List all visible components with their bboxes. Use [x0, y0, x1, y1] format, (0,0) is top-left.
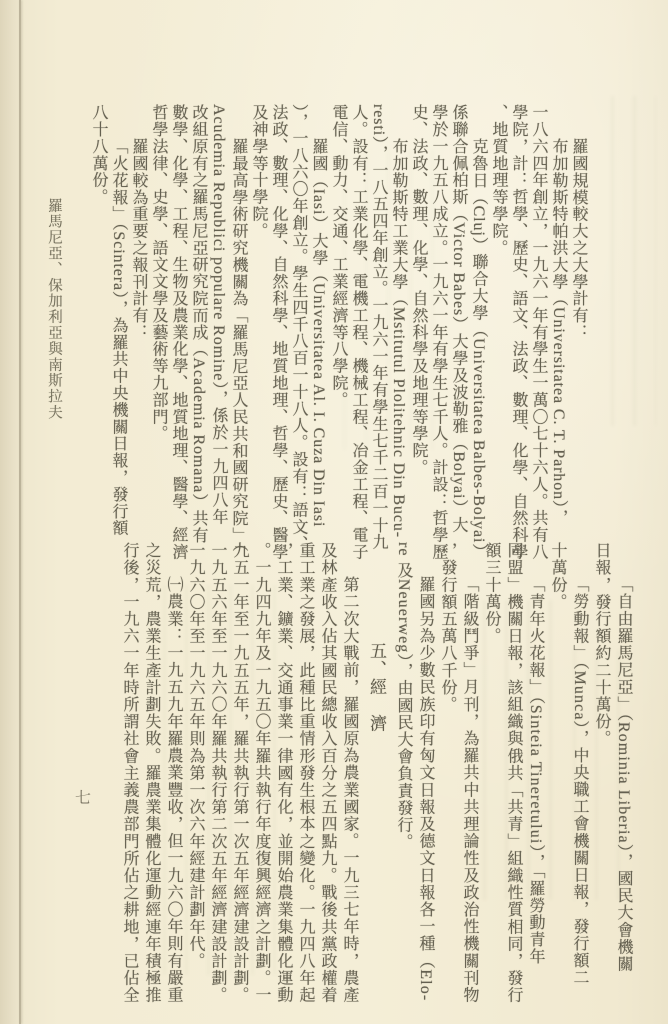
text-column: 羅國規模較大之大學計有：: [568, 104, 588, 556]
bleed-through-smudge: [598, 96, 656, 426]
text-column: 額三十萬份。: [480, 542, 502, 1012]
text-column: 羅國另為少數民族印有匈文日報及德文日報各一種（Elo-: [414, 542, 436, 1012]
text-column: 及林產收入佔其國民總收入百分之五四點九。戰後共黨政權着: [316, 542, 338, 1012]
text-column: 「青年火花報」（Sinteia Tineretului），「羅勞動青年: [524, 542, 546, 1012]
text-column: ，發行額五萬八千份。: [436, 542, 458, 1012]
text-column: 哲學法律、史學、語文文學及藝術等九部門。: [148, 104, 168, 556]
text-column: 「火花報」（Scintera），為羅共中央機關日報，發行額: [108, 104, 128, 556]
text-column: 人。設有：工業化學、電機工程、機械工程、冶金工程、電子: [348, 104, 368, 556]
upper-text-block: 羅國規模較大之大學計有： 布加勒斯特帕洪大學（Universitatea C. …: [88, 104, 588, 556]
scanned-page: 羅國規模較大之大學計有： 布加勒斯特帕洪大學（Universitatea C. …: [0, 0, 668, 1024]
text-column: 之災荒，農業生產計劃失敗。羅農業集體化運動經連年積極推: [140, 542, 162, 1012]
text-column: 係聯合佩柏斯（Victor Babes）大學及波勒雅（Bolyai）大: [448, 104, 468, 556]
text-column: 「勞動報」（Munca），中央職工會機關日報，發行額二: [568, 542, 590, 1012]
text-column: ㈠農業：一九五九年羅農業豐收，但一九六〇年則有嚴重: [162, 542, 184, 1012]
text-column: Acudemia Republici populare Romine），係於一九…: [208, 104, 228, 556]
text-column: 一八六四年創立，一九六一年有學生一萬〇七十六人。共有八: [528, 104, 548, 556]
binding-fold-line: [19, 0, 21, 1024]
text-column: 「自由羅馬尼亞」（Rominia Liberia），國民大會機關: [612, 542, 634, 1012]
text-column: 一九五六年至一九六〇年羅共執行第二次五年經濟建設計劃。: [206, 542, 228, 1012]
text-column: 日報，發行額約二十萬份。: [590, 542, 612, 1012]
text-column: resti），一八五四年創立。一九六一年有學生七千二百一十九: [368, 104, 388, 556]
text-column: 及神學等十學院。: [248, 104, 268, 556]
text-column: 、地質地理等學院。: [488, 104, 508, 556]
text-column: re 及Neuerweg），由國民大會負責發行。: [392, 542, 414, 1012]
text-column: 一九六〇年至一九六五年則為第一次六年經建計劃年代。: [184, 542, 206, 1012]
text-column: 第二次大戰前，羅國原為農業國家。一九三七年時，農產: [338, 542, 360, 1012]
text-column: 學於一九五八成立。一九六一年有學生七千人。計設：哲學歷: [428, 104, 448, 556]
section-heading-economy: 五、經 濟: [365, 542, 387, 1012]
text-column: 學院，計：哲學、歷史、語文、法政、數理、化學、自然科學: [508, 104, 528, 556]
text-column: ），一八六〇年創立。學生四千八百一十八人。設有：語文、: [288, 104, 308, 556]
text-column: 行後，一九六一年時所謂社會主義農部門所佔之耕地，已佔全: [118, 542, 140, 1012]
text-column: 「階級鬥爭」月刊，為羅共中共理論性及政治性機關刊物: [458, 542, 480, 1012]
text-column: 改組原有之羅馬尼亞研究院而成（Academia Romana）共有: [188, 104, 208, 556]
text-column: 同盟」機關日報，該組織與俄共「共青」組織性質相同，發行: [502, 542, 524, 1012]
text-column: 重工業之發展，此種比重情形發生根本之變化。一九四八年起: [294, 542, 316, 1012]
lower-text-block: 「自由羅馬尼亞」（Rominia Liberia），國民大會機關 日報，發行額約…: [114, 542, 634, 1012]
text-column: 法政、數理、化學、自然科學、地質地理、哲學、歷史、醫學: [268, 104, 288, 556]
text-column: 。一九四九年及一九五〇年羅共執行年度復興經濟之計劃。一: [250, 542, 272, 1012]
text-column: 九五一年至一九五五年，羅共執行第一次五年經濟建設計劃。: [228, 542, 250, 1012]
text-column: 史、法政、數理、化學、自然科學及地理等學院。: [408, 104, 428, 556]
text-column: 羅最高學術研究機關為「羅馬尼亞人民共和國研究院」（: [228, 104, 248, 556]
text-column: 克魯日（Cluj）聯合大學（Universitatea Balbes-Bolya…: [468, 104, 488, 556]
text-column: 十萬份。: [546, 542, 568, 1012]
text-column: 八十八萬份。: [88, 104, 108, 556]
text-column: 羅國較為重要之報刊計有：: [128, 104, 148, 556]
text-column: 數學、化學、工程、生物及農業化學、地質地理、醫學、經濟: [168, 104, 188, 556]
text-column: 布加勒斯特工業大學（Mstitutul Plolitehnic Din Bucu…: [388, 104, 408, 556]
text-column: 電信、動力、交通、工業經濟等八學院。: [328, 104, 348, 556]
text-column: 布加勒斯特帕洪大學（Universitatea C. T. Parhon），: [548, 104, 568, 556]
text-column: 羅國（Iasi）大學（Universitatea Al. I. Cuza Din…: [308, 104, 328, 556]
text-column: ，工業、鑛業、交通事業一律國有化，並開始農業集體化運動: [272, 542, 294, 1012]
page-number: 七: [75, 785, 91, 808]
margin-title: 羅馬尼亞、保加利亞與南斯拉夫: [44, 198, 65, 421]
